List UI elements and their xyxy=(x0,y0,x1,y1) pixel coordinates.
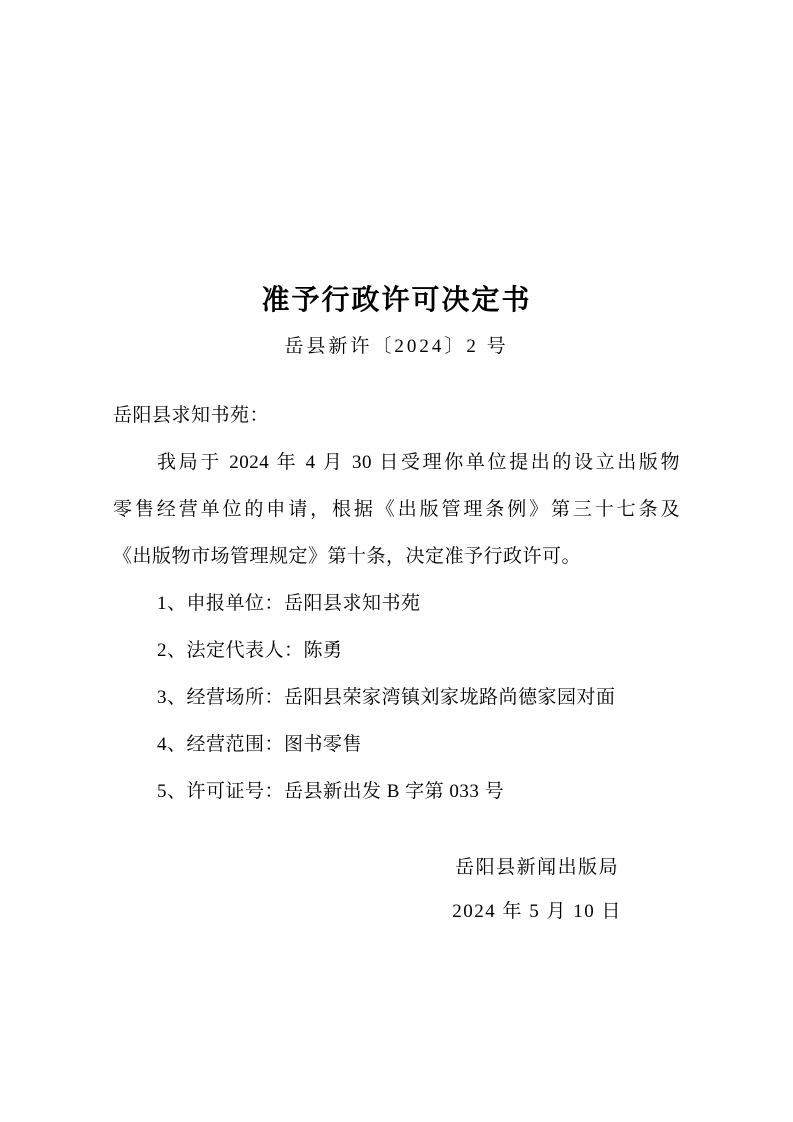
decision-item-business-scope: 4、经营范围：图书零售 xyxy=(113,721,680,768)
paragraph-line-3: 《出版物市场管理规定》第十条，决定准予行政许可。 xyxy=(113,533,680,580)
paragraph-line-1: 我局于 2024 年 4 月 30 日受理你单位提出的设立出版物 xyxy=(113,439,680,486)
addressee-salutation: 岳阳县求知书苑： xyxy=(113,392,680,439)
decision-item-applicant: 1、申报单位：岳阳县求知书苑 xyxy=(113,580,680,627)
issue-date: 2024 年 5 月 10 日 xyxy=(452,890,622,934)
document-page: 准予行政许可决定书 岳县新许〔2024〕2 号 岳阳县求知书苑： 我局于 202… xyxy=(0,0,793,1122)
decision-item-legal-representative: 2、法定代表人：陈勇 xyxy=(113,627,680,674)
main-paragraph: 我局于 2024 年 4 月 30 日受理你单位提出的设立出版物 零售经营单位的… xyxy=(113,439,680,580)
decision-item-business-premises: 3、经营场所：岳阳县荣家湾镇刘家垅路尚德家园对面 xyxy=(113,674,680,721)
signature-block: 岳阳县新闻出版局 2024 年 5 月 10 日 xyxy=(452,846,622,934)
document-body: 岳阳县求知书苑： 我局于 2024 年 4 月 30 日受理你单位提出的设立出版… xyxy=(113,392,680,815)
decision-item-list: 1、申报单位：岳阳县求知书苑 2、法定代表人：陈勇 3、经营场所：岳阳县荣家湾镇… xyxy=(113,580,680,815)
paragraph-line-2: 零售经营单位的申请，根据《出版管理条例》第三十七条及 xyxy=(113,486,680,533)
document-number: 岳县新许〔2024〕2 号 xyxy=(113,333,680,361)
decision-item-license-number: 5、许可证号：岳县新出发 B 字第 033 号 xyxy=(113,768,680,815)
document-title: 准予行政许可决定书 xyxy=(113,283,680,319)
issuing-authority: 岳阳县新闻出版局 xyxy=(452,846,622,890)
